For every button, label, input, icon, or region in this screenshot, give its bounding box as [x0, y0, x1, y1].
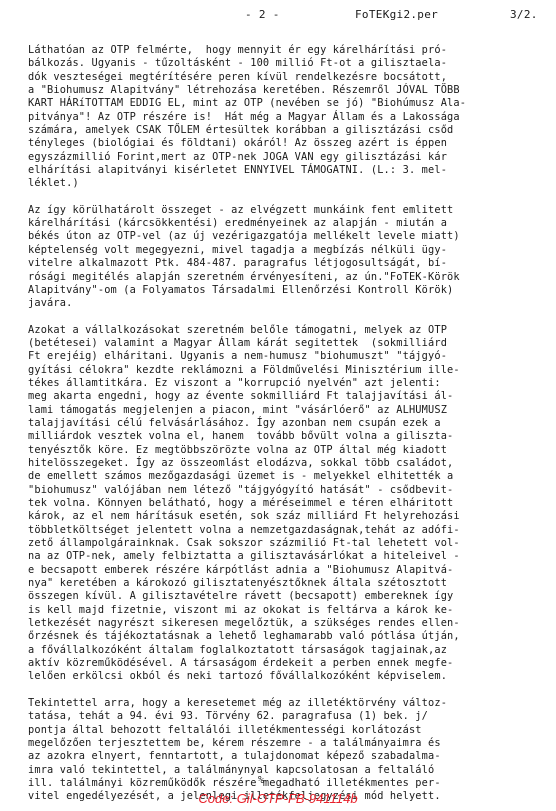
text-line: őrzésnek és tájékoztatásnak a lehető leg… — [28, 630, 548, 643]
text-line: tényleges (biológiai és földtani) okáról… — [28, 137, 548, 150]
text-line: letkezését nagyrészt sikeresen megelőztü… — [28, 617, 548, 630]
text-line: tenyésztők köre. Ez megtöbbszörözte voln… — [28, 444, 548, 457]
text-line: milliárdok vesztek volna el, hanem továb… — [28, 430, 548, 443]
text-line: pitványa"! Az OTP részére is! Hát még a … — [28, 111, 548, 124]
text-line: lelően erkölcsi okból és neki tartozó fő… — [28, 670, 548, 683]
text-line: Azokat a vállalkozásokat szeretném belől… — [28, 324, 548, 337]
text-line: tatása, tehát a 94. évi 93. Törvény 62. … — [28, 710, 548, 723]
text-line: számára, amelyek CSAK TŐLEM értesültek k… — [28, 124, 548, 137]
text-line: na az OTP-nek, amely felbiztatta a gilis… — [28, 550, 548, 563]
text-line: KART HÁRíTOTTAM EDDIG EL, mint az OTP (n… — [28, 97, 548, 110]
document-page: - 2 - FoTEKgi2.per 3/2. Láthatóan az OTP… — [0, 0, 556, 811]
text-line: károk, az el nem hárításuk esetén, sok s… — [28, 510, 548, 523]
document-body: Láthatóan az OTP felmérte, hogy mennyit … — [28, 44, 548, 811]
text-line: is kell majd fizetnie, viszont mi az oko… — [28, 604, 548, 617]
text-line: összegen kívül. A gilisztavételre rávett… — [28, 590, 548, 603]
text-line: Tekintettel arra, hogy a keresetemet még… — [28, 697, 548, 710]
text-line: tékes államtitkára. Ez viszont a "korrup… — [28, 377, 548, 390]
text-line: zető állampolgárainknak. Csak sokszor sz… — [28, 537, 548, 550]
text-line: nya" keretében a károkozó gilisztatenyés… — [28, 577, 548, 590]
text-line: a "Biohumusz Alapitvány" létrehozása ker… — [28, 84, 548, 97]
text-line: talajjavítási célú felvásárlásához. Így … — [28, 417, 548, 430]
text-line: Alapitvány"-om (a Folyamatos Társadalmi … — [28, 284, 548, 297]
text-line: "biohumusz" valójában nem létező "tájgyó… — [28, 484, 548, 497]
text-line: gyítási célokra" kezdte reklámozni a Föl… — [28, 364, 548, 377]
paragraph: Azokat a vállalkozásokat szeretném belől… — [28, 324, 548, 684]
text-line: a fővállalkozóként általam foglalkoztato… — [28, 644, 548, 657]
text-line: hitelösszegeket. Így az összeomlást elod… — [28, 457, 548, 470]
text-line: dók veszteségei megtérítésére peren kívü… — [28, 71, 548, 84]
text-line: ill. találmányi közreműködők részére meg… — [28, 777, 548, 790]
text-line: többletköltséget jelentett volna a nemze… — [28, 524, 548, 537]
paragraph: Az így körülhatárolt összeget - az elvég… — [28, 204, 548, 311]
text-line: képtelenség volt megegyezni, mivel tagad… — [28, 244, 548, 257]
text-line: aktív közreműködésével. A társaságom érd… — [28, 657, 548, 670]
text-line: léklet.) — [28, 177, 548, 190]
text-line: pontja által behozott feltalálói illeték… — [28, 724, 548, 737]
text-line: bálkozás. Ugyanis - tűzoltásként - 100 m… — [28, 57, 548, 70]
document-filename: FoTEKgi2.per — [355, 8, 438, 21]
text-line: lami támogatás megjelenjen a piacon, min… — [28, 404, 548, 417]
text-line: vitelre alkalmazott Ptk. 484-487. paragr… — [28, 257, 548, 270]
page-number: - 2 - — [245, 8, 280, 21]
document-code: Code: Gil-OTP-FB-941114b — [0, 791, 556, 806]
text-line: tek volna. Könnyen belátható, hogy a mér… — [28, 497, 548, 510]
text-line: Az így körülhatárolt összeget - az elvég… — [28, 204, 548, 217]
paragraph: Tekintettel arra, hogy a keresetemet még… — [28, 697, 548, 804]
text-line: az azokra elnyert, fenntartott, a tulajd… — [28, 750, 548, 763]
page-header: - 2 - FoTEKgi2.per 3/2. — [0, 8, 556, 24]
continuation-mark: % — [258, 775, 264, 786]
text-line: elhárítási alapitványi kisérletet ENNYIV… — [28, 164, 548, 177]
text-line: meg akarta engedni, hogy az évente sokmi… — [28, 390, 548, 403]
text-line: imra való tekintettel, a találmánynyal k… — [28, 764, 548, 777]
text-line: e becsapott emberek részére kárpótlást a… — [28, 564, 548, 577]
text-line: (betétesei) valamint a Magyar Állam kárá… — [28, 337, 548, 350]
text-line: Láthatóan az OTP felmérte, hogy mennyit … — [28, 44, 548, 57]
text-line: megelőzően terjesztettem be, kérem része… — [28, 737, 548, 750]
sheet-number: 3/2. — [510, 8, 538, 21]
text-line: kárelhárítási (kárcsökkentési) eredménye… — [28, 217, 548, 230]
text-line: egyszázmillió Forint,mert az OTP-nek JOG… — [28, 151, 548, 164]
paragraph: Láthatóan az OTP felmérte, hogy mennyit … — [28, 44, 548, 191]
text-line: békés úton az OTP-vel (az új vezérigazga… — [28, 230, 548, 243]
text-line: javára. — [28, 297, 548, 310]
text-line: rósági megitélés alapján szeretném érvén… — [28, 271, 548, 284]
text-line: Ft erejéig) elháritani. Ugyanis a nem-hu… — [28, 350, 548, 363]
text-line: de emellett számos mezőgazdasági üzemet … — [28, 470, 548, 483]
